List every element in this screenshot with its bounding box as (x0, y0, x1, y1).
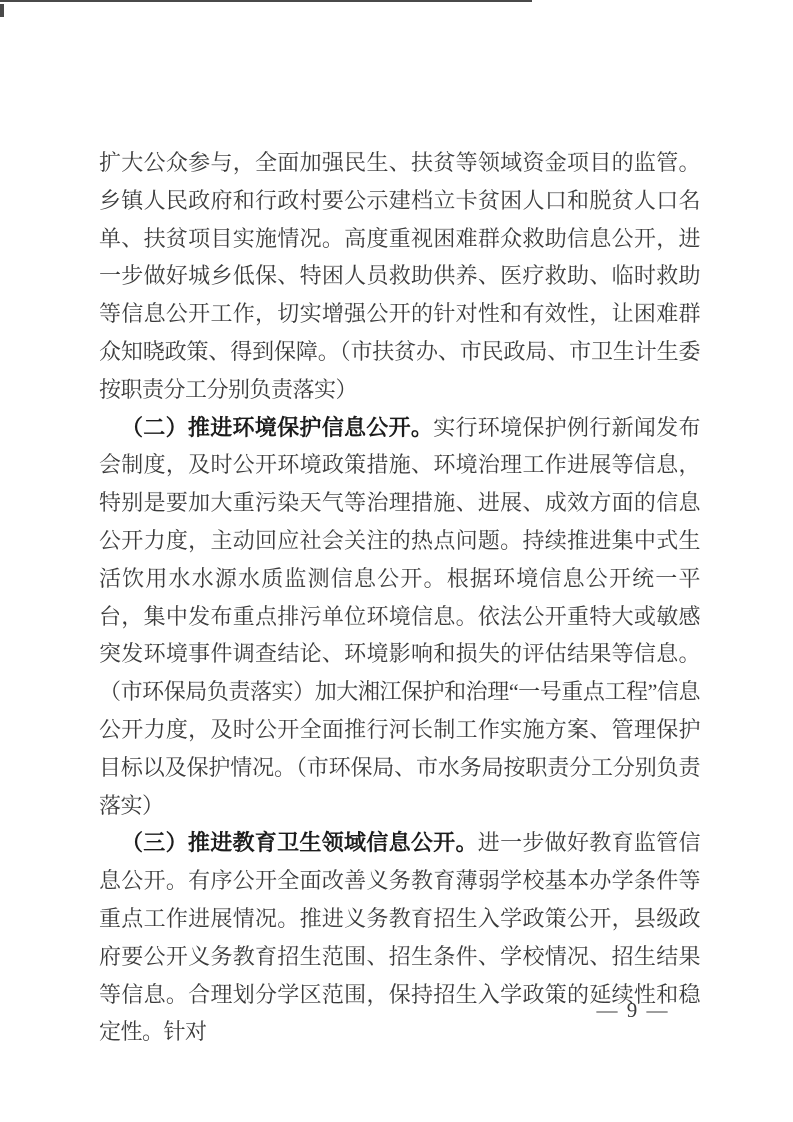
document-page: 扩大公众参与，全面加强民生、扶贫等领域资金项目的监管。乡镇人民政府和行政村要公示… (0, 0, 793, 1122)
paragraph-text: 实行环境保护例行新闻发布会制度，及时公开环境政策措施、环境治理工作进展等信息，特… (99, 415, 700, 818)
section-heading-2: （二）推进环境保护信息公开。 (121, 415, 433, 440)
page-number: — 9 — (558, 998, 708, 1023)
paragraph-text: 扩大公众参与，全面加强民生、扶贫等领域资金项目的监管。乡镇人民政府和行政村要公示… (99, 150, 700, 402)
document-body: 扩大公众参与，全面加强民生、扶贫等领域资金项目的监管。乡镇人民政府和行政村要公示… (99, 144, 700, 1051)
scan-artifact-left-edge (0, 4, 4, 17)
paragraph-section-2: （二）推进环境保护信息公开。实行环境保护例行新闻发布会制度，及时公开环境政策措施… (99, 409, 700, 825)
section-heading-3: （三）推进教育卫生领域信息公开。 (121, 830, 478, 855)
paragraph-continuation: 扩大公众参与，全面加强民生、扶贫等领域资金项目的监管。乡镇人民政府和行政村要公示… (99, 144, 700, 409)
scan-artifact-top-edge (0, 0, 532, 2)
